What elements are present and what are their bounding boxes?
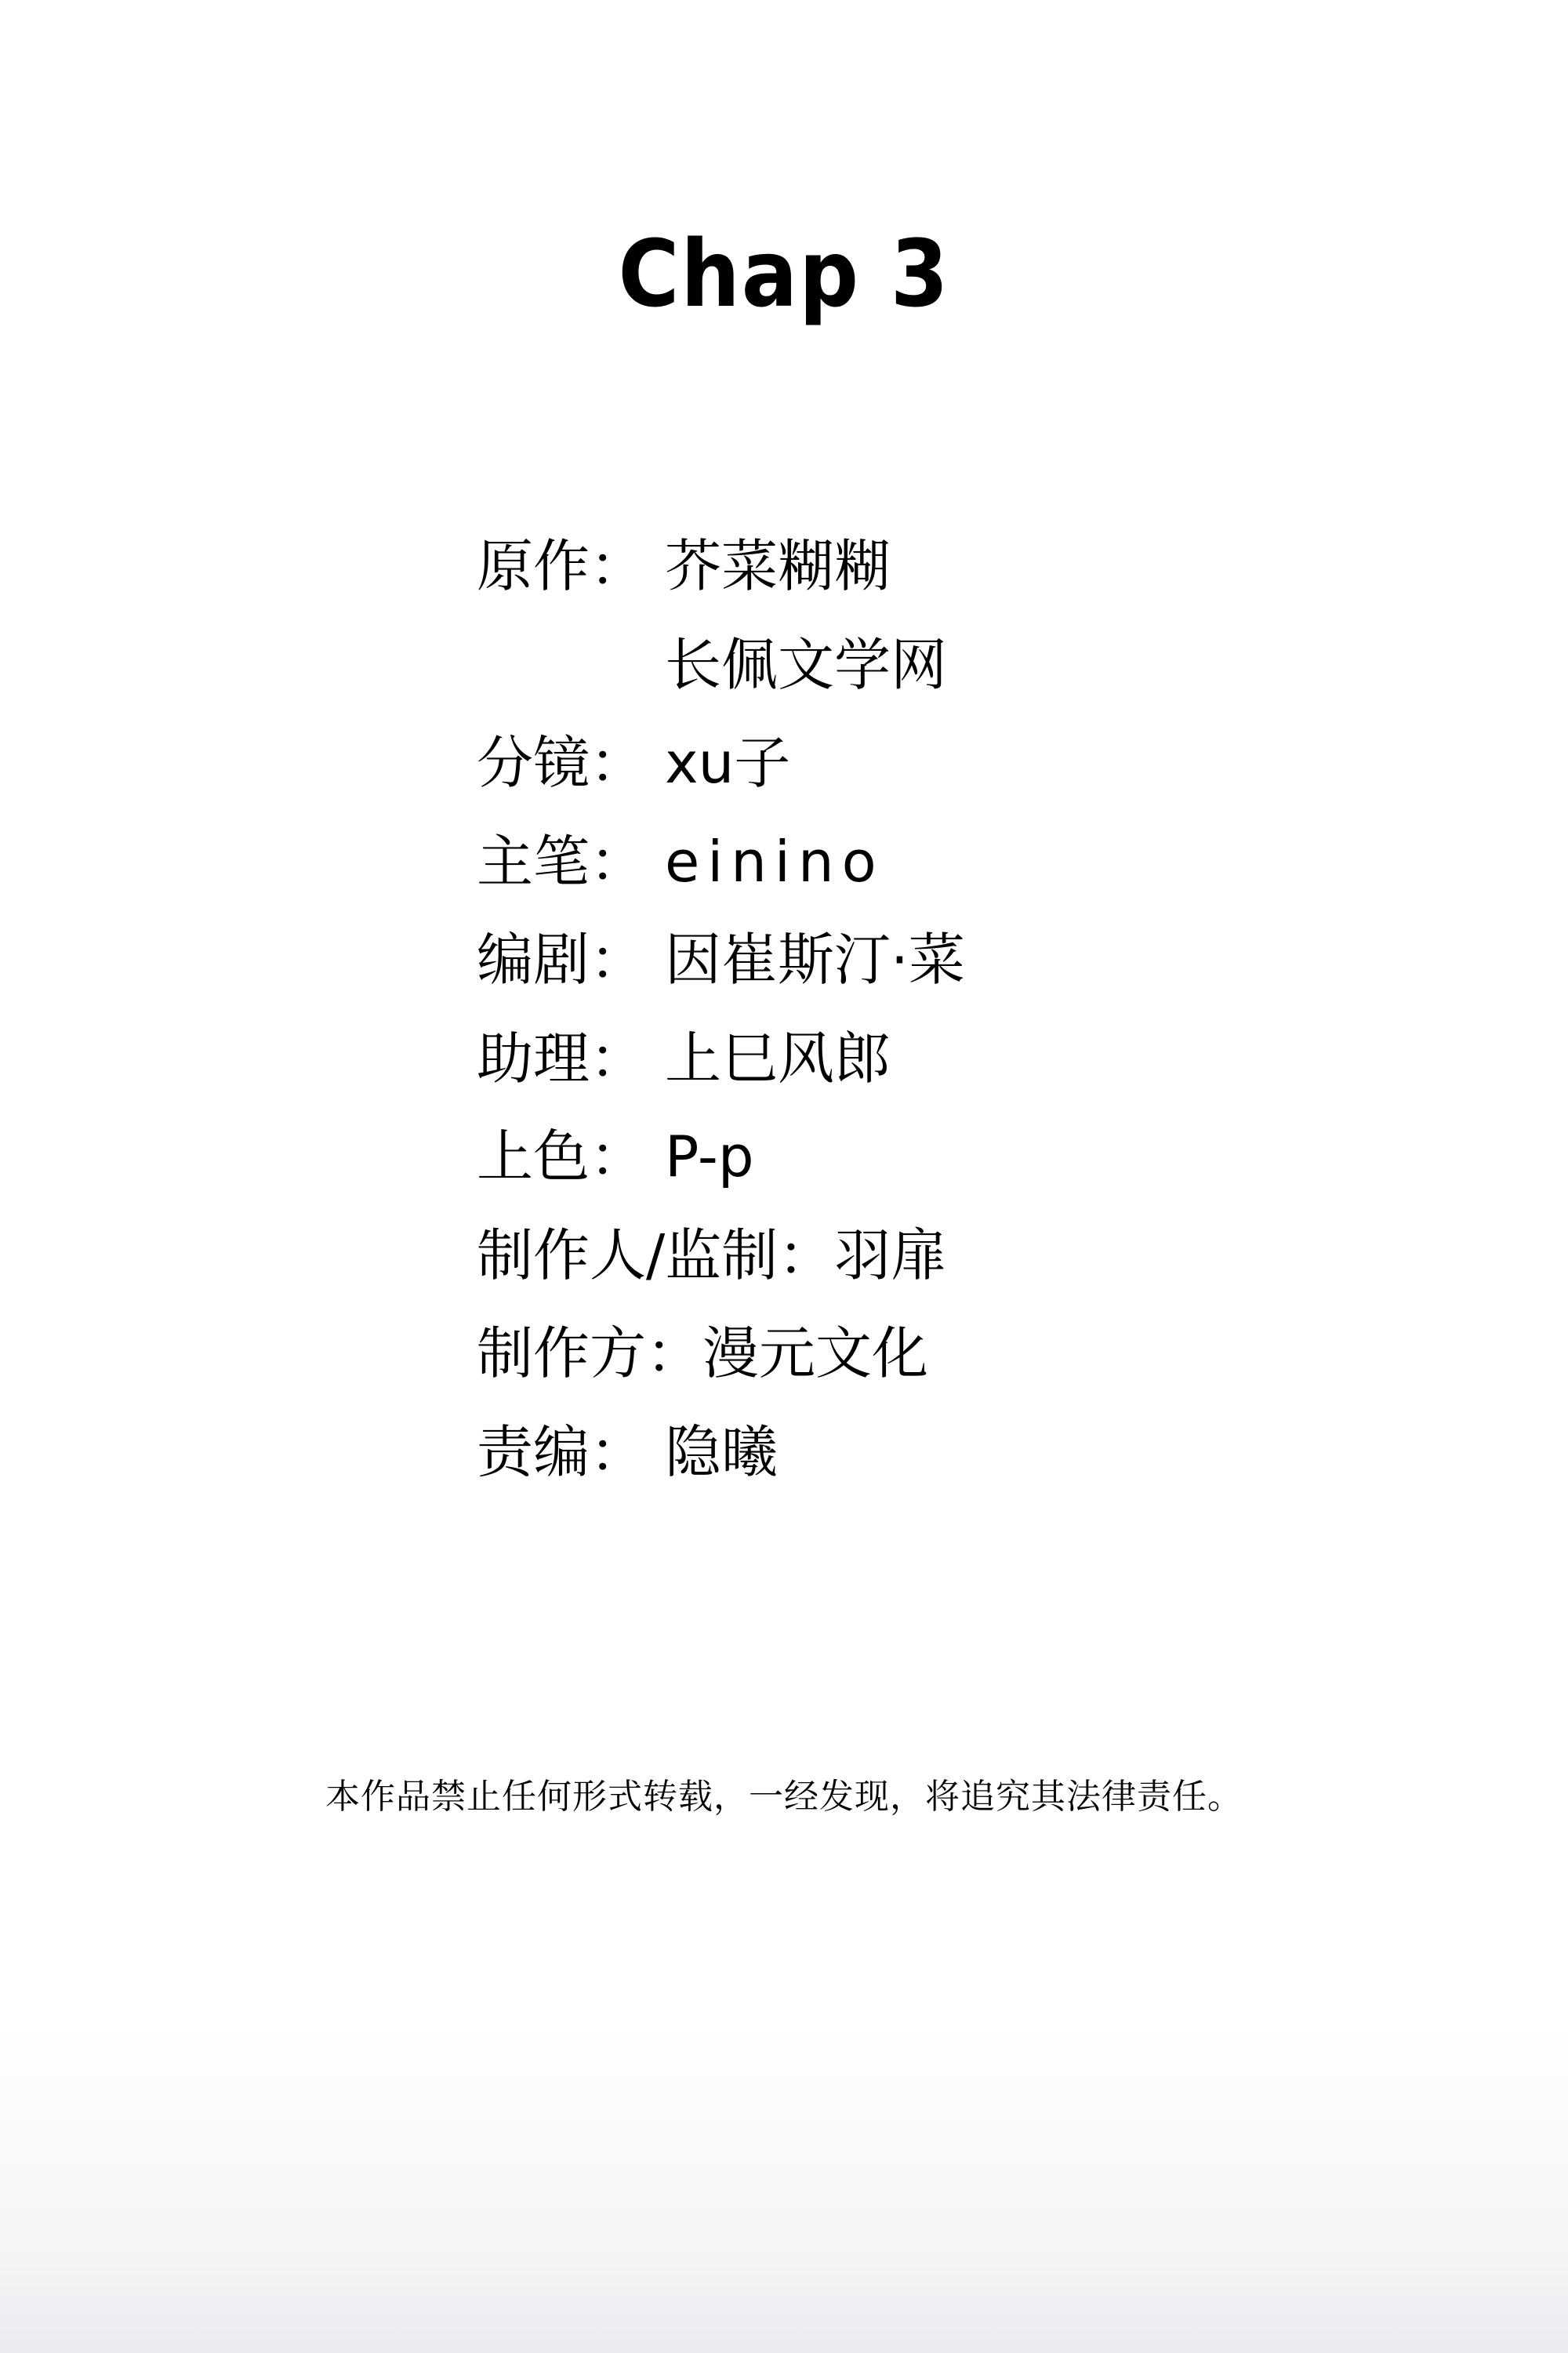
credit-value: 芥菜糊糊: [665, 527, 891, 605]
credit-label: 责编：: [477, 1413, 665, 1491]
credit-value: 羽扉: [834, 1216, 947, 1295]
credit-value: 长佩文学网: [665, 626, 947, 704]
credit-storyboard: 分镜： xu子: [477, 724, 965, 822]
credit-lead-artist: 主笔： einino: [477, 822, 965, 921]
credit-original-author: 原作： 芥菜糊糊: [477, 527, 965, 626]
credit-producer-supervisor: 制作人/监制： 羽扉: [477, 1216, 965, 1315]
credit-label: 上色：: [477, 1117, 665, 1196]
credit-value: 上巳风郎: [665, 1019, 891, 1098]
credit-production-company: 制作方： 漫元文化: [477, 1314, 965, 1413]
credit-original-publisher: 长佩文学网: [477, 626, 965, 724]
credit-label: 编剧：: [477, 921, 665, 999]
copyright-notice: 本作品禁止任何形式转载，一经发现，将追究其法律责任。: [0, 1774, 1568, 1821]
credit-editor: 责编： 隐曦: [477, 1413, 965, 1512]
credit-value: 隐曦: [665, 1413, 778, 1491]
credit-value: einino: [665, 822, 884, 901]
credit-label: 制作方：: [477, 1314, 702, 1393]
credit-label: 原作：: [477, 527, 665, 605]
credit-label: 助理：: [477, 1019, 665, 1098]
credit-label: 分镜：: [477, 724, 665, 802]
credit-value: 因崔斯汀·菜: [665, 921, 965, 999]
bottom-background-texture: [0, 2024, 1568, 2353]
credit-label: 主笔：: [477, 822, 665, 901]
credit-value: 漫元文化: [702, 1314, 928, 1393]
credit-value: xu子: [665, 724, 790, 802]
chapter-title: Chap 3: [78, 219, 1490, 329]
credit-assistant: 助理： 上巳风郎: [477, 1019, 965, 1118]
credit-value: P-p: [665, 1117, 754, 1196]
credit-colorist: 上色： P-p: [477, 1117, 965, 1216]
credit-label: 制作人/监制：: [477, 1216, 834, 1295]
credits-list: 原作： 芥菜糊糊 长佩文学网 分镜： xu子 主笔： einino 编剧： 因崔…: [477, 527, 965, 1511]
credit-screenwriter: 编剧： 因崔斯汀·菜: [477, 921, 965, 1019]
